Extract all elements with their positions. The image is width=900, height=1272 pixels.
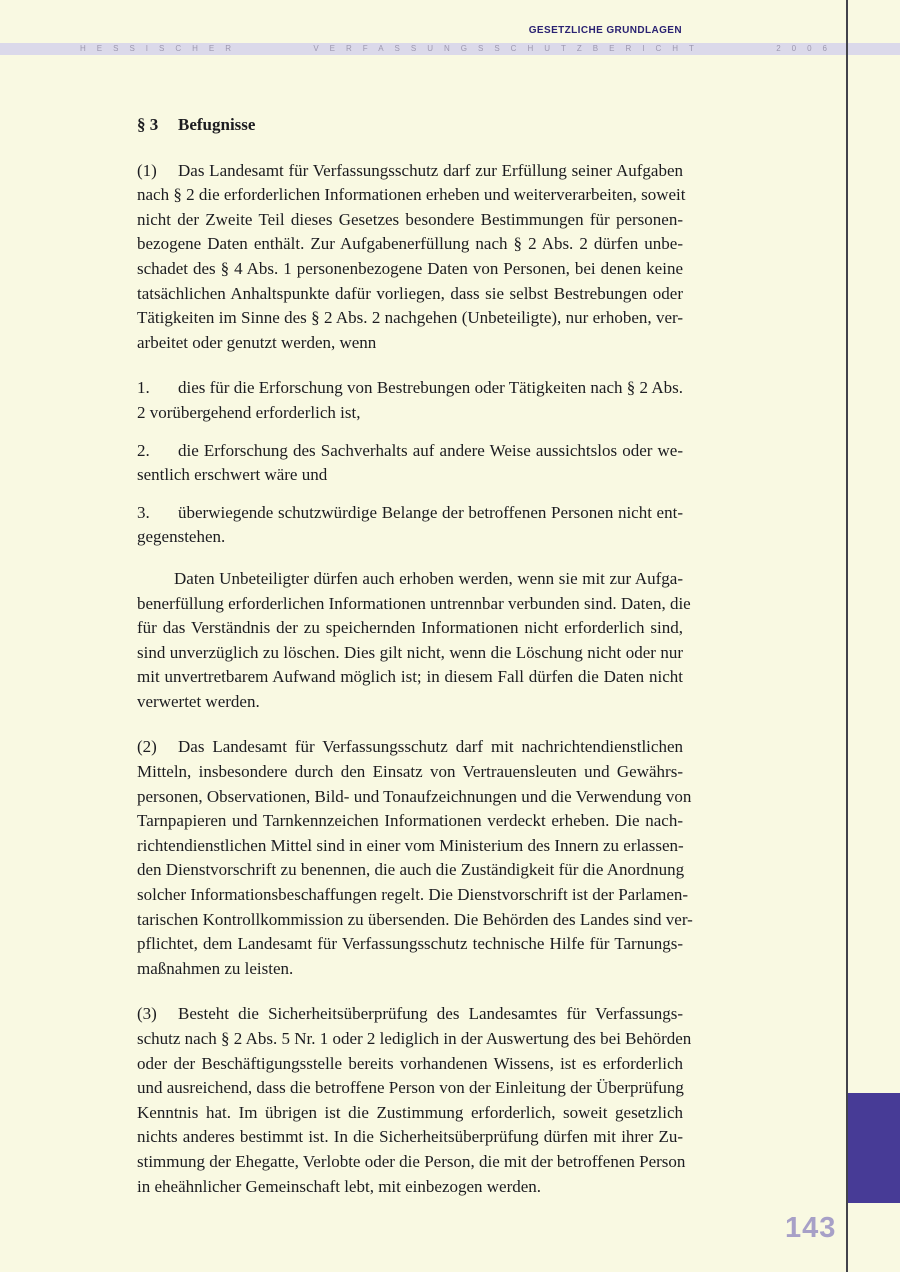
band-word-hessischer: HESSISCHER [80, 43, 242, 55]
paragraph-label: 1. [137, 376, 178, 401]
text-line: mit unvertretbarem Aufwand möglich ist; … [137, 665, 683, 690]
text-line: arbeitet oder genutzt werden, wenn [137, 331, 683, 356]
text-line: stimmung der Ehegatte, Verlobte oder die… [137, 1150, 683, 1175]
text-line: Daten Unbeteiligter dürfen auch erhoben … [137, 567, 683, 592]
text-line: 1.dies für die Erforschung von Bestrebun… [137, 376, 683, 401]
title-band: HESSISCHER VERFASSUNGSSCHUTZBERICHT 2006 [0, 43, 900, 55]
text-line: personen, Observationen, Bild- und Tonau… [137, 785, 683, 810]
text-line: schadet des § 4 Abs. 1 personenbezogene … [137, 257, 683, 282]
paragraph-label: 3. [137, 501, 178, 526]
text-line: den Dienstvorschrift zu benennen, die au… [137, 858, 683, 883]
chapter-label: GESETZLICHE GRUNDLAGEN [529, 25, 682, 37]
text-line: Tarnpapieren und Tarnkennzeichen Informa… [137, 809, 683, 834]
text-line: oder der Beschäftigungsstelle bereits vo… [137, 1052, 683, 1077]
paragraph: 2.die Erforschung des Sachverhalts auf a… [137, 439, 683, 488]
text-line: (1)Das Landesamt für Verfassungsschutz d… [137, 159, 683, 184]
text-line: gegenstehen. [137, 525, 683, 550]
text-line: (3)Besteht die Sicherheitsüberprüfung de… [137, 1002, 683, 1027]
text-line: pflichtet, dem Landesamt für Verfassungs… [137, 932, 683, 957]
text-line: verwertet werden. [137, 690, 683, 715]
paragraph: Daten Unbeteiligter dürfen auch erhoben … [137, 567, 683, 715]
paragraph: (2)Das Landesamt für Verfassungsschutz d… [137, 735, 683, 981]
paragraph: 3.überwiegende schutzwürdige Belange der… [137, 501, 683, 550]
paragraph: 1.dies für die Erforschung von Bestrebun… [137, 376, 683, 425]
text-line: tatsächlichen Anhaltspunkte dafür vorlie… [137, 282, 683, 307]
text-line: nach § 2 die erforderlichen Informatione… [137, 183, 683, 208]
band-word-verfassungsschutzbericht: VERFASSUNGSSCHUTZBERICHT [313, 43, 705, 55]
band-year: 2006 [776, 43, 838, 55]
accent-block [848, 1093, 900, 1203]
section-title: Befugnisse [178, 115, 255, 134]
text-line: in eheähnlicher Gemeinschaft lebt, mit e… [137, 1175, 683, 1200]
text-line: richtendienstlichen Mittel sind in einer… [137, 834, 683, 859]
paragraph: (3)Besteht die Sicherheitsüberprüfung de… [137, 1002, 683, 1199]
section-heading: § 3Befugnisse [137, 113, 683, 138]
section-number: § 3 [137, 113, 178, 138]
text-line: maßnahmen zu leisten. [137, 957, 683, 982]
text-line: tarischen Kontrollkommission zu übersend… [137, 908, 683, 933]
text-line: 3.überwiegende schutzwürdige Belange der… [137, 501, 683, 526]
text-line: nichts anderes bestimmt ist. In die Sich… [137, 1125, 683, 1150]
page-number: 143 [785, 1212, 836, 1245]
text-line: schutz nach § 2 Abs. 5 Nr. 1 oder 2 ledi… [137, 1027, 683, 1052]
text-line: sind unverzüglich zu löschen. Dies gilt … [137, 641, 683, 666]
paragraphs: (1)Das Landesamt für Verfassungsschutz d… [137, 159, 683, 1200]
text-line: 2.die Erforschung des Sachverhalts auf a… [137, 439, 683, 464]
report-page: GESETZLICHE GRUNDLAGEN HESSISCHER VERFAS… [0, 0, 900, 1272]
text-line: (2)Das Landesamt für Verfassungsschutz d… [137, 735, 683, 760]
paragraph-label: 2. [137, 439, 178, 464]
text-line: 2 vorübergehend erforderlich ist, [137, 401, 683, 426]
text-line: Mitteln, insbesondere durch den Einsatz … [137, 760, 683, 785]
text-line: sentlich erschwert wäre und [137, 463, 683, 488]
vertical-rule [846, 0, 848, 1272]
text-line: nicht der Zweite Teil dieses Gesetzes be… [137, 208, 683, 233]
text-line: solcher Informationsbeschaffungen regelt… [137, 883, 683, 908]
legal-text: § 3Befugnisse (1)Das Landesamt für Verfa… [137, 113, 683, 1199]
paragraph-label: (2) [137, 735, 178, 760]
text-line: für das Verständnis der zu speichernden … [137, 616, 683, 641]
paragraph-label: (3) [137, 1002, 178, 1027]
text-line: Tätigkeiten im Sinne des § 2 Abs. 2 nach… [137, 306, 683, 331]
text-line: und ausreichend, dass die betroffene Per… [137, 1076, 683, 1101]
text-line: Kenntnis hat. Im übrigen ist die Zustimm… [137, 1101, 683, 1126]
paragraph: (1)Das Landesamt für Verfassungsschutz d… [137, 159, 683, 356]
text-line: bezogene Daten enthält. Zur Aufgabenerfü… [137, 232, 683, 257]
paragraph-label: (1) [137, 159, 178, 184]
text-line: benerfüllung erforderlichen Informatione… [137, 592, 683, 617]
